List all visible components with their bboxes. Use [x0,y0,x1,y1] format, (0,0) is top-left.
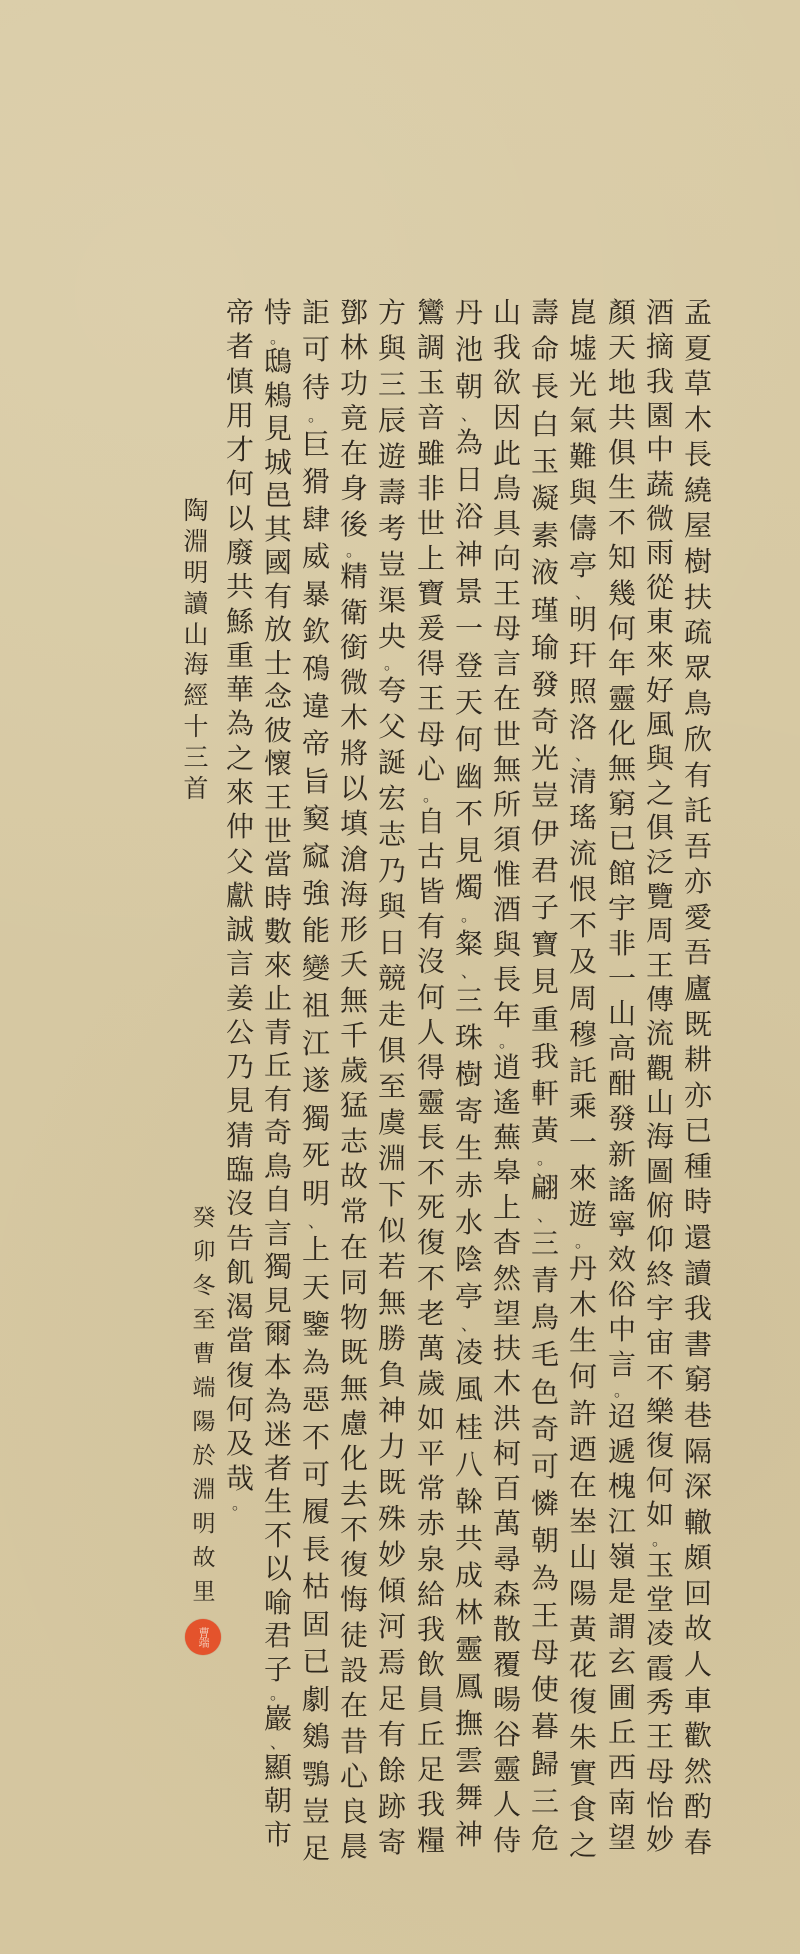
glyph: 餘 [375,1756,409,1786]
glyph: 遙 [490,1088,524,1118]
glyph: 何 [223,1395,257,1425]
glyph: 迢 [605,1402,639,1432]
glyph: 變 [299,954,333,984]
glyph: 鄧 [337,298,371,328]
glyph: 中 [605,1315,639,1345]
glyph: 乃 [375,856,409,886]
glyph: 凝 [528,484,562,514]
glyph: 以 [261,1554,295,1584]
glyph: 翩 [528,1173,562,1203]
glyph: 照 [566,677,600,707]
glyph: 形 [337,915,371,945]
glyph: 已 [681,1116,715,1146]
glyph: 不 [643,1363,677,1393]
glyph: 力 [375,1432,409,1462]
text-column-4: 崑墟光氣難與儔亭、明玕照洛、清瑤流恨不及周穆託乘一來遊。丹木生何許迺在峚山陽黃花… [566,298,600,1862]
glyph: 詎 [299,298,333,328]
glyph: 及 [223,1429,257,1459]
glyph: 其 [261,515,295,545]
glyph: 國 [261,548,295,578]
glyph: 不 [566,911,600,941]
glyph: 悔 [337,1585,371,1615]
glyph: 浴 [452,502,486,532]
glyph: 晨 [337,1832,371,1862]
glyph: 日 [452,465,486,495]
glyph: 寄 [452,1097,486,1127]
glyph: 不 [414,1158,448,1188]
glyph: 帝 [299,729,333,759]
glyph: 母 [414,720,448,750]
glyph: 讀 [179,590,213,617]
glyph: 儔 [566,514,600,544]
glyph: 年 [490,1001,524,1031]
glyph: 巨 [299,430,333,460]
glyph: 向 [490,544,524,574]
punctuation-mark: 。 [375,658,409,670]
glyph: 王 [643,1722,677,1752]
punctuation-mark: 。 [414,790,448,802]
glyph: 海 [643,1122,677,1152]
glyph: 迺 [566,1435,600,1465]
glyph: 爾 [261,1319,295,1349]
glyph: 遞 [605,1437,639,1467]
glyph: 慎 [223,367,257,397]
glyph: 一 [452,614,486,644]
punctuation-mark: 。 [261,1688,295,1700]
glyph: 傾 [375,1576,409,1606]
glyph: 上 [299,1235,333,1265]
glyph: 何 [566,1362,600,1392]
glyph: 世 [261,817,295,847]
glyph: 鯀 [223,607,257,637]
glyph: 靈 [452,1635,486,1665]
punctuation-mark: 、 [566,749,600,761]
glyph: 猛 [337,1091,371,1121]
glyph: 妙 [375,1540,409,1570]
glyph: 窳 [299,842,333,872]
glyph: 競 [375,964,409,994]
glyph: 素 [528,521,562,551]
glyph: 履 [299,1497,333,1527]
glyph: 惟 [490,860,524,890]
glyph: 丹 [452,298,486,328]
glyph: 彼 [261,716,295,746]
glyph: 覆 [490,1650,524,1680]
glyph: 固 [299,1610,333,1640]
glyph: 赤 [452,1171,486,1201]
text-column-6: 山我欲因此鳥具向王母言在世無所須惟酒與長年。逍遙蕪皋上杳然望扶木洪柯百萬尋森散覆… [490,298,524,1856]
glyph: 至 [375,1072,409,1102]
glyph: 勝 [375,1324,409,1354]
glyph: 洪 [490,1404,524,1434]
glyph: 玉 [528,447,562,477]
glyph: 何 [223,469,257,499]
glyph: 百 [490,1474,524,1504]
glyph: 登 [452,651,486,681]
glyph: 朝 [452,372,486,402]
glyph: 欽 [299,617,333,647]
glyph: 非 [605,929,639,959]
glyph: 故 [681,1614,715,1644]
glyph: 河 [375,1612,409,1642]
punctuation-mark: 、 [452,1319,486,1331]
glyph: 鴸 [261,381,295,411]
glyph: 人 [414,1018,448,1048]
glyph: 年 [605,649,639,679]
glyph: 遊 [375,442,409,472]
glyph: 木 [681,405,715,435]
glyph: 俯 [643,1191,677,1221]
glyph: 華 [223,675,257,705]
glyph: 秀 [643,1688,677,1718]
calligraphy-scroll: 孟夏草木長繞屋樹扶疏眾鳥欣有託吾亦愛吾廬既耕亦已種時還讀我書窮巷隔深轍頗回故人車… [0,0,800,1954]
glyph: 非 [414,474,448,504]
glyph: 丘 [261,1051,295,1081]
glyph: 夸 [375,676,409,706]
glyph: 凌 [643,1619,677,1649]
glyph: 辰 [375,406,409,436]
glyph: 寶 [528,930,562,960]
glyph: 轍 [681,1508,715,1538]
glyph: 化 [605,719,639,749]
punctuation-mark: 。 [643,1534,677,1546]
glyph: 與 [643,744,677,774]
glyph: 見 [261,1286,295,1316]
glyph: 負 [375,1360,409,1390]
glyph: 人 [490,1790,524,1820]
glyph: 深 [681,1472,715,1502]
glyph: 三 [375,370,409,400]
glyph: 子 [261,1655,295,1685]
glyph: 穆 [566,1020,600,1050]
glyph: 巖 [261,1704,295,1734]
glyph: 明 [187,1511,221,1537]
glyph: 具 [490,509,524,539]
glyph: 母 [643,1757,677,1787]
glyph: 光 [566,370,600,400]
glyph: 雖 [414,439,448,469]
glyph: 待 [299,373,333,403]
glyph: 望 [490,1299,524,1329]
glyph: 重 [223,641,257,671]
glyph: 顏 [605,298,639,328]
glyph: 宙 [643,1328,677,1358]
glyph: 歲 [337,1056,371,1086]
glyph: 窮 [681,1365,715,1395]
glyph: 林 [337,333,371,363]
glyph: 海 [337,880,371,910]
glyph: 效 [605,1245,639,1275]
glyph: 無 [337,1374,371,1404]
glyph: 一 [566,1128,600,1158]
glyph: 威 [299,542,333,572]
glyph: 慮 [337,1409,371,1439]
glyph: 書 [681,1330,715,1360]
glyph: 鸞 [414,298,448,328]
artist-seal: 曹端 [185,1619,221,1655]
glyph: 散 [490,1615,524,1645]
glyph: 鳥 [681,689,715,719]
glyph: 神 [452,1820,486,1850]
punctuation-mark: 。 [528,1153,562,1165]
punctuation-mark: 、 [452,966,486,978]
glyph: 屋 [681,511,715,541]
glyph: 為 [261,1387,295,1417]
glyph: 旨 [299,767,333,797]
glyph: 精 [337,562,371,592]
glyph: 桂 [452,1413,486,1443]
glyph: 沒 [414,947,448,977]
glyph: 天 [299,1273,333,1303]
glyph: 豈 [528,781,562,811]
glyph: 仰 [643,1225,677,1255]
glyph: 丘 [605,1718,639,1748]
glyph: 燭 [452,873,486,903]
glyph: 昔 [337,1727,371,1757]
glyph: 然 [490,1264,524,1294]
glyph: 惡 [299,1385,333,1415]
glyph: 粲 [452,929,486,959]
glyph: 無 [605,754,639,784]
glyph: 危 [528,1824,562,1854]
glyph: 木 [337,703,371,733]
glyph: 當 [223,1326,257,1356]
glyph: 寶 [414,579,448,609]
glyph: 來 [643,641,677,671]
glyph: 圃 [605,1683,639,1713]
text-column-2: 酒摘我園中蔬微雨從東來好風與之俱泛覽周王傳流觀山海圖俯仰終宇宙不樂復何如。玉堂凌… [643,298,677,1856]
glyph: 曹 [187,1341,221,1367]
glyph: 臨 [223,1155,257,1185]
punctuation-mark: 、 [566,587,600,599]
glyph: 疏 [681,618,715,648]
glyph: 與 [375,334,409,364]
glyph: 中 [643,435,677,465]
glyph: 地 [605,368,639,398]
glyph: 黃 [566,1615,600,1645]
glyph: 方 [375,298,409,328]
glyph: 杳 [490,1228,524,1258]
glyph: 宇 [605,894,639,924]
glyph: 宇 [643,1294,677,1324]
glyph: 陽 [566,1579,600,1609]
glyph: 泉 [414,1545,448,1575]
glyph: 吾 [681,938,715,968]
glyph: 樹 [681,547,715,577]
glyph: 復 [223,1361,257,1391]
glyph: 將 [337,739,371,769]
glyph: 共 [223,572,257,602]
glyph: 有 [414,912,448,942]
text-column-5: 壽命長白玉凝素液瑾瑜發奇光豈伊君子寶見重我軒黃。翩、三青鳥毛色奇可憐朝為王母使暮… [528,298,562,1854]
glyph: 江 [299,1029,333,1059]
glyph: 飢 [223,1258,257,1288]
glyph: 不 [261,1521,295,1551]
glyph: 槐 [605,1472,639,1502]
glyph: 眾 [681,654,715,684]
glyph: 不 [605,508,639,538]
glyph: 言 [261,1219,295,1249]
glyph: 木 [566,1290,600,1320]
glyph: 邑 [261,481,295,511]
glyph: 心 [414,755,448,785]
text-column-7: 丹池朝、為日浴神景一登天何幽不見燭。粲、三珠樹寄生赤水陰亭、凌風桂八榦共成林靈鳳… [452,298,486,1851]
glyph: 王 [490,579,524,609]
glyph: 顯 [261,1753,295,1783]
glyph: 山 [566,1543,600,1573]
glyph: 告 [223,1224,257,1254]
glyph: 祖 [299,991,333,1021]
glyph: 強 [299,879,333,909]
glyph: 黃 [528,1116,562,1146]
glyph: 草 [681,369,715,399]
glyph: 誕 [375,748,409,778]
glyph: 玕 [566,641,600,671]
glyph: 三 [452,986,486,1016]
glyph: 為 [452,428,486,458]
glyph: 喻 [261,1588,295,1618]
glyph: 萬 [414,1334,448,1364]
glyph: 頗 [681,1543,715,1573]
glyph: 宏 [375,784,409,814]
glyph: 珠 [452,1023,486,1053]
glyph: 糧 [414,1826,448,1856]
glyph: 何 [452,725,486,755]
glyph: 姜 [223,984,257,1014]
glyph: 俗 [605,1280,639,1310]
glyph: 玉 [414,368,448,398]
glyph: 鳳 [452,1672,486,1702]
glyph: 何 [414,983,448,1013]
glyph: 謂 [605,1612,639,1642]
glyph: 木 [490,1369,524,1399]
glyph: 託 [681,796,715,826]
glyph: 懷 [261,749,295,779]
glyph: 市 [261,1820,295,1850]
glyph: 恃 [261,298,295,328]
glyph: 見 [261,414,295,444]
glyph: 如 [414,1404,448,1434]
glyph: 母 [490,614,524,644]
glyph: 志 [375,820,409,850]
glyph: 我 [528,1042,562,1072]
glyph: 世 [490,720,524,750]
glyph: 不 [299,1423,333,1453]
glyph: 滄 [337,845,371,875]
signature-inscription: 癸卯冬至曹端陽於淵明故里 [187,1205,221,1605]
punctuation-mark: 。 [299,410,333,422]
glyph: 俱 [375,1036,409,1066]
glyph: 山 [605,999,639,1029]
glyph: 王 [261,783,295,813]
glyph: 侍 [490,1826,524,1856]
glyph: 可 [528,1452,562,1482]
glyph: 復 [414,1228,448,1258]
glyph: 良 [337,1797,371,1827]
glyph: 園 [643,401,677,431]
glyph: 焉 [375,1648,409,1678]
glyph: 風 [643,710,677,740]
glyph: 崑 [566,298,600,328]
glyph: 化 [337,1444,371,1474]
glyph: 愛 [681,903,715,933]
glyph: 酒 [643,298,677,328]
glyph: 耕 [681,1045,715,1075]
glyph: 有 [261,1085,295,1115]
glyph: 乘 [566,1092,600,1122]
glyph: 然 [681,1757,715,1787]
glyph: 周 [643,916,677,946]
glyph: 得 [414,649,448,679]
glyph: 乃 [223,1052,257,1082]
glyph: 去 [337,1480,371,1510]
glyph: 我 [414,1790,448,1820]
glyph: 南 [605,1788,639,1818]
glyph: 酌 [681,1792,715,1822]
text-column-8: 鸞調玉音雖非世上寶爰得王母心。自古皆有沒何人得靈長不死復不老萬歲如平常赤泉給我飲… [414,298,448,1856]
glyph: 終 [643,1260,677,1290]
text-column-9: 方與三辰遊壽考豈渠央。夸父誕宏志乃與日競走俱至虞淵下似若無勝負神力既殊妙傾河焉足… [375,298,409,1858]
glyph: 鴟 [261,347,295,377]
glyph: 世 [414,509,448,539]
glyph: 許 [566,1399,600,1429]
glyph: 謠 [605,1175,639,1205]
glyph: 光 [528,744,562,774]
glyph: 成 [452,1561,486,1591]
glyph: 得 [414,1053,448,1083]
glyph: 時 [261,884,295,914]
glyph: 者 [223,332,257,362]
glyph: 妙 [643,1825,677,1855]
glyph: 重 [528,1005,562,1035]
seal-text: 曹端 [197,1627,209,1647]
glyph: 憐 [528,1489,562,1519]
glyph: 海 [179,651,213,678]
glyph: 暮 [528,1712,562,1742]
glyph: 寧 [605,1210,639,1240]
glyph: 歡 [681,1721,715,1751]
glyph: 與 [566,478,600,508]
glyph: 後 [337,510,371,540]
glyph: 為 [223,709,257,739]
glyph: 違 [299,692,333,722]
glyph: 鑒 [299,1310,333,1340]
glyph: 長 [528,372,562,402]
glyph: 君 [261,1621,295,1651]
glyph: 鳥 [528,1303,562,1333]
glyph: 是 [605,1577,639,1607]
glyph: 山 [179,621,213,648]
glyph: 望 [605,1823,639,1853]
glyph: 為 [528,1564,562,1594]
glyph: 丘 [414,1720,448,1750]
glyph: 鳥 [490,474,524,504]
glyph: 母 [528,1638,562,1668]
glyph: 王 [414,684,448,714]
glyph: 枯 [299,1572,333,1602]
glyph: 衛 [337,598,371,628]
glyph: 復 [643,1431,677,1461]
glyph: 既 [375,1468,409,1498]
glyph: 言 [223,949,257,979]
glyph: 走 [375,1000,409,1030]
glyph: 何 [605,614,639,644]
glyph: 氣 [566,406,600,436]
glyph: 好 [643,676,677,706]
glyph: 之 [643,779,677,809]
glyph: 不 [452,799,486,829]
glyph: 白 [528,410,562,440]
